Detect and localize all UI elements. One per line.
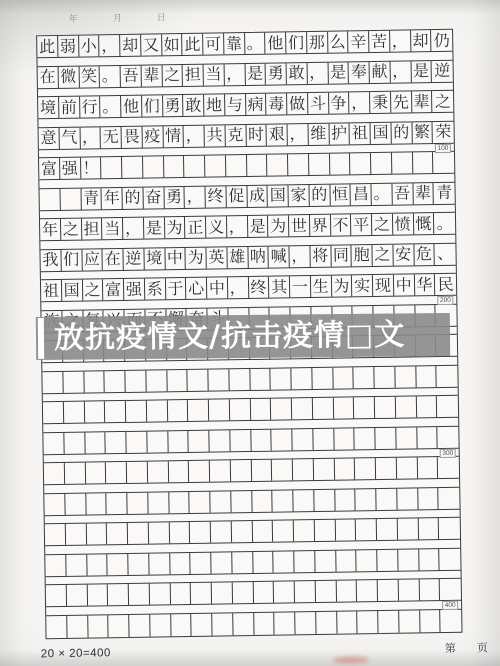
grid-cell: ， (99, 35, 120, 56)
grid-cell: 此 (182, 34, 203, 55)
grid-cell (396, 427, 417, 448)
grid-cell (419, 579, 440, 600)
grid-cell (251, 429, 272, 450)
grid-cell (60, 188, 81, 209)
grid-cell (86, 493, 107, 514)
grid-cell (397, 457, 418, 478)
grid-cell: 无 (101, 126, 122, 147)
grid-cell: ， (390, 30, 411, 51)
grid-cell: 辈 (141, 65, 162, 86)
grid-cell (293, 490, 314, 511)
grid-cell: 畏 (122, 126, 143, 147)
grid-cell (355, 458, 376, 479)
grid-cell (288, 154, 309, 175)
char-count-marker: 100 (435, 143, 451, 152)
grid-cell (149, 553, 170, 574)
grid-cell: 却 (120, 35, 141, 56)
grid-cell (376, 458, 397, 479)
grid-cell: 担 (183, 64, 204, 85)
grid-cell (334, 458, 355, 479)
grid-cell (356, 550, 377, 571)
grid-cell: 祖 (41, 280, 62, 301)
grid-cell: 正 (185, 217, 206, 238)
grid-cell (232, 551, 253, 572)
grid-cell: 实 (352, 275, 373, 296)
grid-cell: 雄 (227, 247, 248, 268)
grid-cell: 呐 (248, 246, 269, 267)
grid-cell: 吾 (392, 183, 413, 204)
grid-cell: 逆 (432, 60, 453, 81)
grid-cell (122, 157, 143, 178)
grid-cell (212, 582, 233, 603)
grid-cell: 们 (142, 95, 163, 116)
page-suffix: 页 (477, 641, 488, 654)
grid-cell: 为 (186, 247, 207, 268)
grid-cell (43, 432, 64, 453)
grid-cell (375, 427, 396, 448)
grid-cell (418, 488, 439, 509)
grid-cell (416, 396, 437, 417)
grid-cell (147, 400, 168, 421)
char-count-marker: 400 (442, 601, 458, 610)
grid-cell (149, 522, 170, 543)
grid-cell (105, 401, 126, 422)
grid-cell: 之 (82, 279, 103, 300)
grid-cell: 是 (411, 61, 432, 82)
grid-cell: 维 (308, 123, 329, 144)
grid-cell (440, 579, 461, 600)
grid-cell: 担 (81, 218, 102, 239)
grid-cell (169, 491, 190, 512)
grid-cell: 逆 (123, 248, 144, 269)
grid-cell (210, 491, 231, 512)
grid-cell: 气 (59, 127, 80, 148)
grid-cell: 终 (248, 277, 269, 298)
grid-cell: 祖 (350, 123, 371, 144)
grid-cell: 们 (286, 32, 307, 53)
grid-cell: 慨 (413, 213, 434, 234)
grid-cell: 一 (290, 276, 311, 297)
grid-cell (231, 490, 252, 511)
grid-cell (170, 552, 191, 573)
grid-cell (376, 488, 397, 509)
grid-cell: ， (289, 246, 310, 267)
grid-cell (377, 549, 398, 570)
grid-cell: 境 (144, 248, 165, 269)
grid-cell (250, 368, 271, 389)
grid-cell: 于 (165, 278, 186, 299)
grid-cell (126, 431, 147, 452)
grid-cell (190, 522, 211, 543)
grid-cell: 苦 (369, 31, 390, 52)
grid-cell: 安 (393, 244, 414, 265)
grid-cell (129, 614, 150, 636)
grid-cell: 在 (38, 66, 59, 87)
grid-cell: 其 (269, 276, 290, 297)
grid-cell: 愤 (393, 213, 414, 234)
grid-cell: 当 (102, 218, 123, 239)
grid-cell (315, 550, 336, 571)
grid-cell (127, 492, 148, 513)
grid-cell: 为 (268, 215, 289, 236)
grid-cell: ， (228, 277, 249, 298)
grid-cell: 成 (247, 185, 268, 206)
grid-cell (309, 154, 330, 175)
grid-cell: 民 (435, 274, 456, 295)
grid-cell (273, 551, 294, 572)
grid-cell: 义 (206, 216, 227, 237)
grid-cell (191, 583, 212, 604)
grid-cell (65, 493, 86, 514)
grid-cell (211, 552, 232, 573)
grid-cell: 是 (144, 217, 165, 238)
grid-cell (438, 457, 459, 478)
grid-cell (252, 490, 273, 511)
grid-cell (128, 523, 149, 544)
grid-cell: 此 (37, 36, 58, 57)
grid-cell (417, 427, 438, 448)
grid-cell (337, 611, 358, 633)
grid-cell (46, 615, 67, 637)
grid-cell: 护 (329, 123, 350, 144)
grid-cell: 们 (61, 249, 82, 270)
grid-cell: 青 (434, 182, 455, 203)
grid-cell (335, 519, 356, 540)
grid-cell (143, 156, 164, 177)
grid-cell (378, 580, 399, 601)
grid-cell: 敢 (183, 95, 204, 116)
grid-cell (226, 155, 247, 176)
grid-cell (168, 461, 189, 482)
grid-cell: 、 (435, 243, 456, 264)
grid-cell: 华 (414, 274, 435, 295)
grid-cell: 辛 (348, 31, 369, 52)
grid-cell (171, 613, 192, 635)
grid-cell: 共 (205, 125, 226, 146)
grid-cell: ， (80, 127, 101, 148)
grid-cell (272, 429, 293, 450)
grid-cell (170, 583, 191, 604)
grid-cell (230, 399, 251, 420)
caption-banner: 放抗疫情文/抗击疫情□文 (36, 313, 450, 360)
grid-cell (292, 398, 313, 419)
grid-cell (374, 366, 395, 387)
grid-cell (293, 459, 314, 480)
grid-cell (333, 397, 354, 418)
grid-cell (67, 615, 88, 637)
grid-cell (146, 370, 167, 391)
grid-cell: 强 (60, 158, 81, 179)
grid-cell (412, 152, 433, 173)
grid-cell (84, 371, 105, 392)
grid-cell (267, 154, 288, 175)
grid-cell: 仍 (431, 30, 452, 51)
grid-cell: 。 (371, 183, 392, 204)
grid-cell (313, 428, 334, 449)
grid-cell: 是 (328, 62, 349, 83)
grid-cell (211, 521, 232, 542)
grid-cell: 英 (206, 247, 227, 268)
grid-cell (64, 402, 85, 423)
grid-cell: ， (307, 62, 328, 83)
grid-cell (354, 367, 375, 388)
grid-cell: 却 (411, 30, 432, 51)
grid-cell (167, 400, 188, 421)
grid-cell (164, 156, 185, 177)
grid-cell (169, 522, 190, 543)
grid-cell: 荣 (433, 121, 454, 142)
photo-smudge (333, 656, 369, 664)
grid-cell (398, 579, 419, 600)
grid-cell: 时 (246, 124, 267, 145)
grid-cell (397, 488, 418, 509)
grid-cell (231, 521, 252, 542)
grid-cell: ， (390, 61, 411, 82)
grid-cell: 心 (186, 278, 207, 299)
grid-cell (231, 460, 252, 481)
grid-cell (147, 431, 168, 452)
grid-cell: 艰 (267, 124, 288, 145)
photographed-essay-sheet: 年 月 日 此弱小，却又如此可靠。他们那么辛苦，却仍在微笑。吾辈之担当，是勇敢，… (0, 0, 500, 666)
grid-cell: 之 (162, 65, 183, 86)
grid-cell (292, 429, 313, 450)
grid-cell (314, 489, 335, 510)
grid-cell (167, 369, 188, 390)
grid-cell (335, 489, 356, 510)
grid-cell (356, 519, 377, 540)
grid-cell (439, 548, 460, 569)
grid-cell (398, 549, 419, 570)
grid-cell (396, 396, 417, 417)
grid-cell: ， (184, 125, 205, 146)
grid-cell (253, 582, 274, 603)
grid-cell (336, 550, 357, 571)
grid-cell: 毒 (266, 93, 287, 114)
grid-cell: ， (185, 186, 206, 207)
grid-cell: 应 (82, 249, 103, 270)
grid-cell (246, 155, 267, 176)
grid-cell (45, 524, 66, 545)
grid-cell (377, 519, 398, 540)
grid-cell (232, 582, 253, 603)
grid-cell (125, 370, 146, 391)
grid-cell: 么 (328, 31, 349, 52)
grid-cell (378, 610, 399, 632)
grid-cell: 系 (145, 278, 166, 299)
grid-cell: 的 (122, 187, 143, 208)
grid-cell: 弱 (58, 36, 79, 57)
grid-cell (273, 520, 294, 541)
grid-cell (438, 487, 459, 508)
grid-cell: 促 (226, 186, 247, 207)
grid-cell: 我 (40, 249, 61, 270)
grid-cell: 情 (163, 126, 184, 147)
grid-cell (148, 492, 169, 513)
grid-cell: 中 (165, 247, 186, 268)
grid-cell: 之 (372, 214, 393, 235)
grid-cell: 他 (121, 96, 142, 117)
grid-cell: 病 (246, 94, 267, 115)
grid-cell (356, 489, 377, 510)
grid-cell (128, 553, 149, 574)
caption-banner-text: 放抗疫情文/抗击疫情□文 (54, 313, 406, 359)
grid-cell (66, 524, 87, 545)
grid-cell (418, 518, 439, 539)
grid-cell: 喊 (269, 246, 290, 267)
char-count-marker: 300 (440, 448, 456, 457)
grid-cell (107, 523, 128, 544)
grid-spec-label: 20 × 20=400 (41, 647, 111, 660)
grid-cell (42, 371, 63, 392)
grid-cell (184, 156, 205, 177)
grid-cell (85, 432, 106, 453)
page-prefix: 第 (445, 642, 456, 655)
grid-cell (294, 520, 315, 541)
grid-cell (66, 585, 87, 606)
grid-cell (105, 370, 126, 391)
grid-cell: 是 (245, 63, 266, 84)
grid-cell: 国 (371, 122, 392, 143)
grid-cell: 克 (225, 125, 246, 146)
date-header: 年 月 日 (69, 10, 179, 25)
grid-cell: 现 (373, 275, 394, 296)
grid-cell: 前 (59, 97, 80, 118)
grid-cell: 笑 (79, 66, 100, 87)
grid-cell: ， (227, 216, 248, 237)
grid-cell: 年 (102, 187, 123, 208)
grid-cell (190, 552, 211, 573)
grid-cell (86, 523, 107, 544)
grid-cell (188, 369, 209, 390)
grid-cell: 生 (311, 276, 332, 297)
grid-cell: 家 (288, 185, 309, 206)
grid-cell (168, 430, 189, 451)
grid-cell: 境 (38, 97, 59, 118)
grid-cell (439, 518, 460, 539)
caption-banner-accent-bar (38, 318, 44, 359)
grid-cell: 为 (331, 275, 352, 296)
grid-cell: 献 (370, 61, 391, 82)
grid-cell (433, 152, 454, 173)
grid-cell (357, 611, 378, 633)
grid-cell: ， (288, 124, 309, 145)
grid-cell (294, 551, 315, 572)
grid-cell (437, 365, 458, 386)
grid-cell: 疫 (142, 126, 163, 147)
grid-cell (87, 554, 108, 575)
grid-cell: 富 (39, 158, 60, 179)
grid-cell: 地 (204, 94, 225, 115)
grid-cell: ， (224, 64, 245, 85)
grid-cell: 国 (62, 280, 83, 301)
grid-cell (65, 463, 86, 484)
grid-cell (149, 583, 170, 604)
grid-cell: 繁 (412, 122, 433, 143)
grid-cell: 的 (391, 122, 412, 143)
grid-cell: 恒 (330, 184, 351, 205)
grid-cell: 那 (307, 32, 328, 53)
grid-cell: 年 (40, 219, 61, 240)
grid-cell (106, 462, 127, 483)
grid-cell: 。 (245, 33, 266, 54)
grid-cell (189, 430, 210, 451)
grid-cell (108, 584, 129, 605)
grid-cell (39, 188, 60, 209)
grid-cell (148, 461, 169, 482)
grid-cell (229, 369, 250, 390)
grid-cell (190, 491, 211, 512)
grid-cell: 秉 (370, 92, 391, 113)
grid-cell (44, 493, 65, 514)
grid-cell: 胞 (352, 245, 373, 266)
grid-cell (392, 152, 413, 173)
grid-cell (271, 368, 292, 389)
grid-cell: 之 (61, 219, 82, 240)
grid-cell (271, 398, 292, 419)
grid-cell (437, 396, 458, 417)
grid-cell (101, 157, 122, 178)
grid-cell (64, 432, 85, 453)
grid-cell (43, 402, 64, 423)
grid-cell (210, 460, 231, 481)
grid-cell (357, 580, 378, 601)
grid-cell (329, 153, 350, 174)
grid-cell (274, 612, 295, 634)
grid-cell (371, 153, 392, 174)
grid-cell: 行 (80, 96, 101, 117)
grid-cell: 可 (203, 33, 224, 54)
grid-cell (420, 610, 441, 632)
grid-cell (46, 585, 67, 606)
grid-cell (395, 366, 416, 387)
grid-cell: 界 (310, 215, 331, 236)
grid-cell (440, 609, 461, 631)
page-number-label: 第页 (445, 639, 488, 656)
grid-cell (316, 611, 337, 633)
grid-cell (85, 462, 106, 483)
grid-cell: 青 (81, 188, 102, 209)
grid-cell (336, 580, 357, 601)
grid-cell: 之 (432, 91, 453, 112)
grid-cell (397, 518, 418, 539)
grid-cell (88, 615, 109, 637)
grid-cell: 为 (164, 217, 185, 238)
grid-cell: 争 (329, 92, 350, 113)
grid-cell (419, 549, 440, 570)
grid-cell: 勇 (164, 187, 185, 208)
grid-cell (350, 153, 371, 174)
grid-cell: 。 (434, 213, 455, 234)
char-count-marker: 200 (437, 296, 453, 305)
grid-cell (188, 400, 209, 421)
grid-cell (438, 426, 459, 447)
grid-cell (354, 397, 375, 418)
grid-cell: 不 (330, 214, 351, 235)
grid-cell: 又 (141, 34, 162, 55)
grid-cell (291, 368, 312, 389)
grid-cell (230, 429, 251, 450)
grid-cell: 是 (247, 216, 268, 237)
grid-cell: 与 (225, 94, 246, 115)
grid-cell (209, 430, 230, 451)
grid-cell: 世 (289, 215, 310, 236)
grid-cell: 强 (124, 279, 145, 300)
grid-cell (399, 610, 420, 632)
grid-cell (254, 612, 275, 634)
grid-cell (315, 581, 336, 602)
grid-cell: ， (349, 92, 370, 113)
grid-cell (150, 614, 171, 636)
